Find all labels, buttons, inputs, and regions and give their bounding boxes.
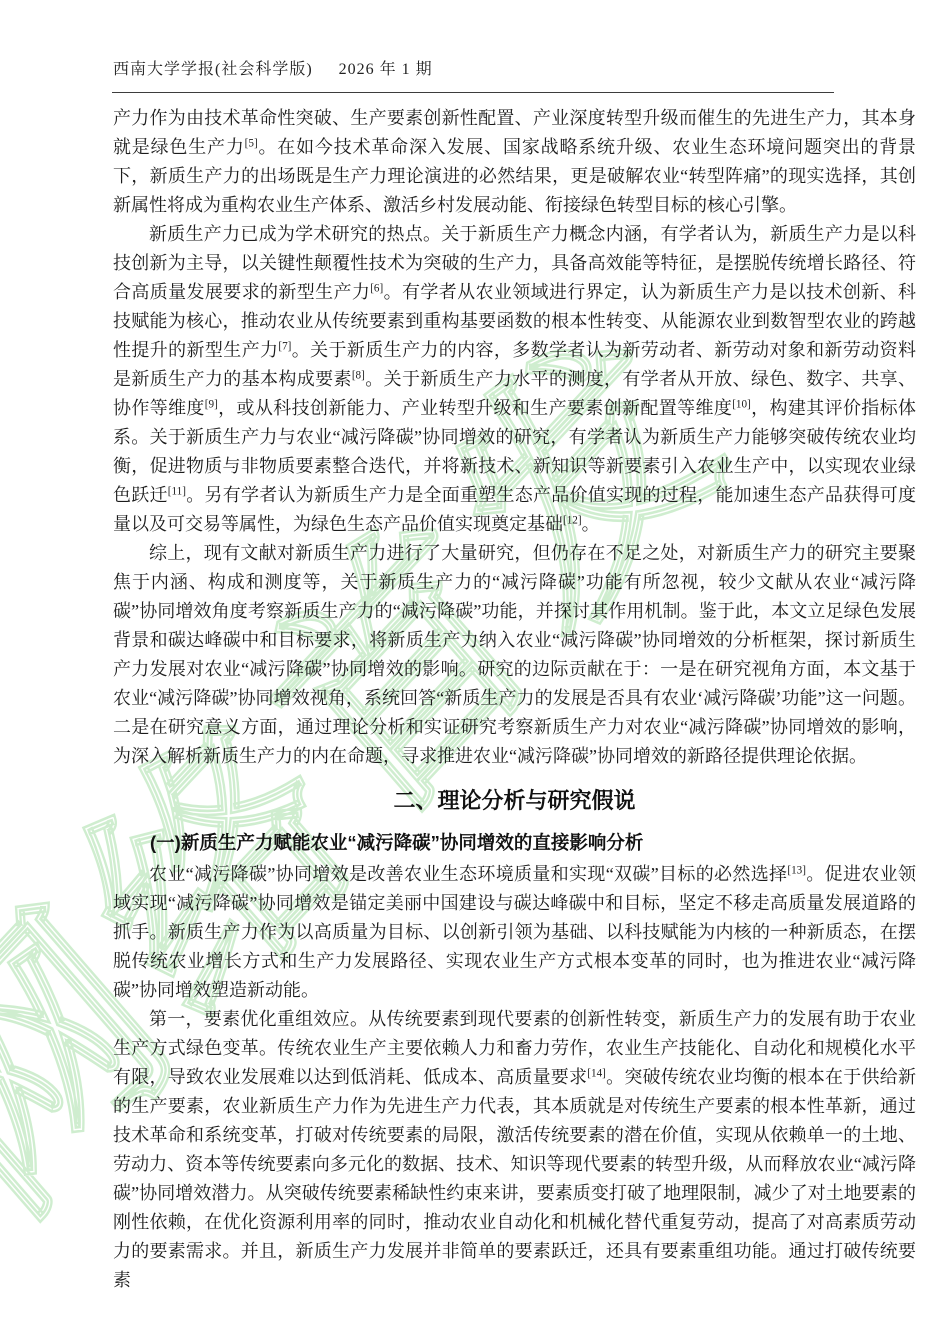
issue-label: 2026 年 1 期	[339, 61, 433, 78]
section-heading: 二、理论分析与研究假说	[113, 786, 916, 816]
header-rule	[112, 92, 834, 93]
citation-ref: [11]	[168, 485, 186, 497]
citation-ref: [13]	[787, 864, 806, 876]
citation-ref: [5]	[245, 137, 258, 149]
running-head: 西南大学学报(社会科学版)2026 年 1 期	[113, 56, 433, 79]
journal-title: 西南大学学报(社会科学版)	[113, 61, 313, 78]
paragraph: 新质生产力已成为学术研究的热点。关于新质生产力概念内涵，有学者认为，新质生产力是…	[113, 220, 916, 539]
citation-ref: [14]	[587, 1067, 606, 1079]
citation-ref: [10]	[732, 398, 751, 410]
paragraph: 第一，要素优化重组效应。从传统要素到现代要素的创新性转变，新质生产力的发展有助于…	[113, 1005, 916, 1295]
paragraph: 综上，现有文献对新质生产力进行了大量研究，但仍存在不足之处，对新质生产力的研究主…	[113, 539, 916, 771]
paragraph: 农业“减污降碳”协同增效是改善农业生态环境质量和实现“双碳”目标的必然选择[13…	[113, 860, 916, 1005]
citation-ref: [7]	[278, 340, 291, 352]
paragraph: 产力作为由技术革命性突破、生产要素创新性配置、产业深度转型升级而催生的先进生产力…	[113, 104, 916, 220]
citation-ref: [12]	[563, 514, 582, 526]
journal-page: 网络首发 西南大学学报(社会科学版)2026 年 1 期 产力作为由技术革命性突…	[0, 0, 950, 1344]
citation-ref: [8]	[352, 369, 365, 381]
subsection-heading: (一)新质生产力赋能农业“减污降碳”协同增效的直接影响分析	[113, 828, 916, 857]
citation-ref: [9]	[205, 398, 218, 410]
citation-ref: [6]	[370, 282, 383, 294]
article-body: 产力作为由技术革命性突破、生产要素创新性配置、产业深度转型升级而催生的先进生产力…	[113, 104, 916, 1295]
